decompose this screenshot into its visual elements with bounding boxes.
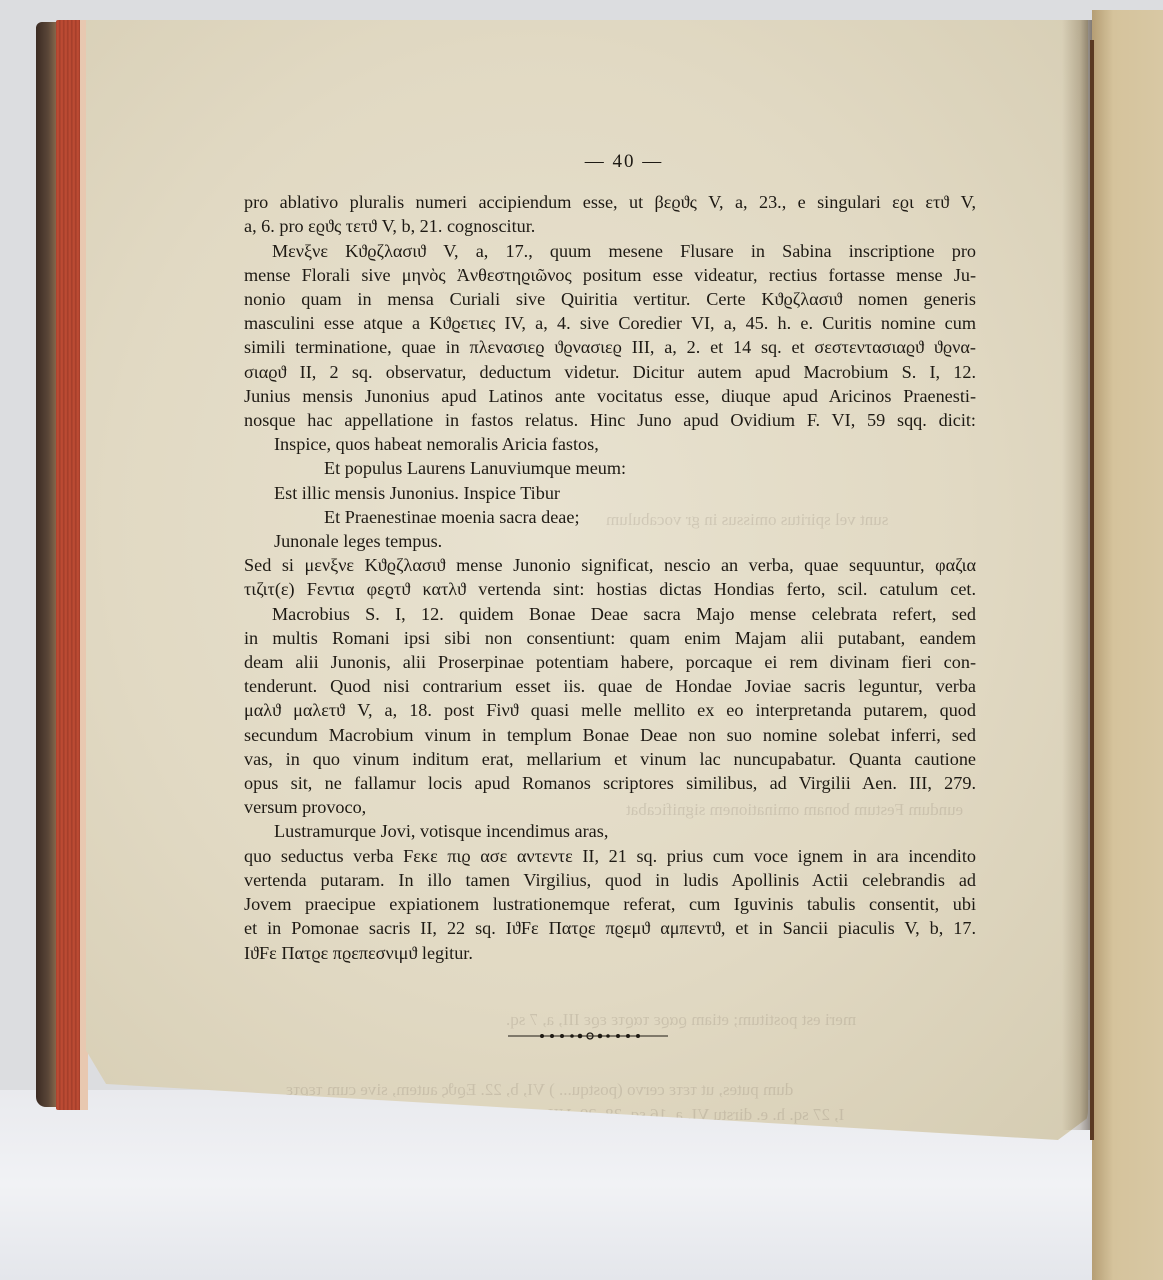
verse-line: Et populus Laurens Lanuviumque meum:: [244, 456, 976, 480]
text-line: masculini esse atque a Κϑϱετιες IV, a, 4…: [244, 311, 976, 335]
text-line: Sed si μενξνε Κϑϱζλασιϑ mense Junonio si…: [244, 553, 976, 577]
show-through-text: meri est postitum; etiam ϱαϱε ταϱτε εϱε …: [506, 1010, 856, 1030]
text-line: secundum Macrobium vinum in templum Bona…: [244, 723, 976, 747]
text-line: simili terminatione, quae in πλενασιεϱ ϑ…: [244, 335, 976, 359]
text-line: σιαϱϑ II, 2 sq. observatur, deductum vid…: [244, 360, 976, 384]
page-number: — 40 —: [244, 150, 976, 174]
verse-line: Inspice, quos habeat nemoralis Aricia fa…: [244, 432, 976, 456]
facing-page: [1092, 10, 1163, 1280]
text-line: et in Pomonae sacris II, 22 sq. ΙϑFε Πατ…: [244, 916, 976, 940]
text-line: tenderunt. Quod nisi contrarium esset ii…: [244, 674, 976, 698]
text-line: deam alii Junonis, alii Proserpinae pote…: [244, 650, 976, 674]
text-line: vertenda putaram. In illo tamen Virgiliu…: [244, 868, 976, 892]
ornament-rule-icon: [508, 1031, 668, 1041]
paragraph: Sed si μενξνε Κϑϱζλασιϑ mense Junonio si…: [244, 553, 976, 601]
show-through-text: dum putes, ut τετε cervo (postqu... ) VI…: [286, 1080, 793, 1100]
text-line: ΙϑFε Πατϱε πϱεπεσνιμϑ legitur.: [244, 941, 976, 965]
page-text: — 40 — pro ablativo pluralis numeri acci…: [244, 150, 976, 965]
text-line: μαλϑ μαλετϑ V, a, 18. post Fiνϑ quasi me…: [244, 698, 976, 722]
text-line: pro ablativo pluralis numeri accipiendum…: [244, 190, 976, 214]
text-line: nosque hac appellatione in fastos relatu…: [244, 408, 976, 432]
verse-line: Junonale leges tempus.: [244, 529, 976, 553]
verse-line: Et Praenestinae moenia sacra deae;: [244, 505, 976, 529]
paragraph: pro ablativo pluralis numeri accipiendum…: [244, 190, 976, 238]
verse-line: Est illic mensis Junonius. Inspice Tibur: [244, 481, 976, 505]
text-line: Macrobius S. I, 12. quidem Bonae Deae sa…: [244, 602, 976, 626]
gutter-edge: [1090, 40, 1094, 1140]
text-line: vas, in quo vinum inditum erat, mellariu…: [244, 747, 976, 771]
text-line: Jovem praecipue expiationem lustrationem…: [244, 892, 976, 916]
paragraph: Μενξνε Κϑϱζλασιϑ V, a, 17., quum mesene …: [244, 239, 976, 433]
text-line: τιζιτ(ε) Ϝεντια φεϱτϑ κατλϑ vertenda sin…: [244, 577, 976, 601]
text-line: quo seductus verba Fεκε πιϱ ασε αντεντε …: [244, 844, 976, 868]
text-line: in multis Romani ipsi sibi non consentiu…: [244, 626, 976, 650]
text-line: Junius mensis Junonius apud Latinos ante…: [244, 384, 976, 408]
text-line: opus sit, ne fallamur locis apud Romanos…: [244, 771, 976, 795]
text-line: a, 6. pro εϱϑς τετϑ V, b, 21. cognoscitu…: [244, 214, 976, 238]
paragraph: quo seductus verba Fεκε πιϱ ασε αντεντε …: [244, 844, 976, 965]
text-line: mense Florali sive μηνὸς Ἀνθεστηϱιῶνος p…: [244, 263, 976, 287]
paragraph: Macrobius S. I, 12. quidem Bonae Deae sa…: [244, 602, 976, 820]
text-line: Μενξνε Κϑϱζλασιϑ V, a, 17., quum mesene …: [244, 239, 976, 263]
verse-line: Lustramurque Jovi, votisque incendimus a…: [244, 819, 976, 843]
verse-quotation: Inspice, quos habeat nemoralis Aricia fa…: [244, 432, 976, 553]
text-line: nonio quam in mensa Curiali sive Quiriti…: [244, 287, 976, 311]
text-line: versum provoco,: [244, 795, 976, 819]
verse-quotation: Lustramurque Jovi, votisque incendimus a…: [244, 819, 976, 843]
page-gutter-shadow: [1062, 20, 1092, 1130]
